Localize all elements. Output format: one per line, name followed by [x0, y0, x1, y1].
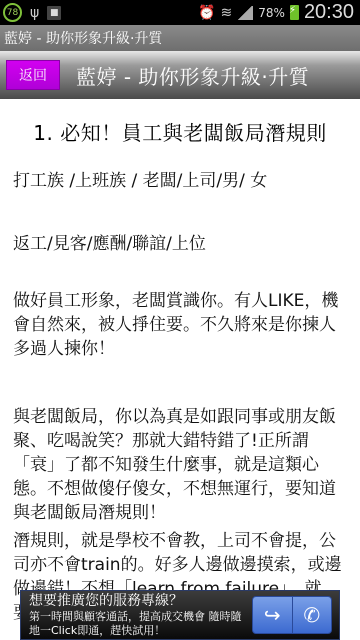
notification-count-badge: 78	[3, 3, 22, 22]
ad-banner[interactable]: 想要推廣您的服務專線？ 第一時間與顧客通話，提高成交機會 隨時隨 地一Click…	[20, 590, 340, 640]
ad-body-line: 第一時間與顧客通話，提高成交機會 隨時隨	[29, 610, 252, 624]
signal-icon	[237, 6, 253, 20]
lock-icon: ■	[47, 6, 61, 20]
article-title: 1. 必知！員工與老闆飯局潛規則	[0, 117, 360, 146]
clock: 20:30	[304, 1, 354, 24]
ad-body-line: 地一Click即通，趕快試用！	[29, 624, 252, 638]
back-button[interactable]: 返回	[6, 60, 60, 90]
window-title: 藍婷 - 助你形象升級·升質	[4, 28, 162, 48]
alarm-icon: ⏰	[198, 6, 215, 20]
wifi-icon: ≋	[221, 6, 233, 20]
status-bar: 78 ψ ■ ⏰ ≋ 78% 20:30	[0, 0, 360, 25]
phone-call-icon[interactable]: ✆	[292, 597, 332, 633]
page-title: 藍婷 - 助你形象升級·升質	[76, 61, 309, 90]
article-paragraph: 返工/見客/應酬/聯誼/上位	[13, 232, 349, 256]
article-paragraph: 與老闆飯局，你以為真是如跟同事或朋友飯聚、吃喝說笑？那就大錯特錯了!正所謂「衰」…	[13, 405, 349, 525]
article-paragraph: 打工族 /上班族 / 老闆/上司/男/ 女	[13, 169, 349, 193]
window-title-bar: 藍婷 - 助你形象升級·升質	[0, 25, 360, 51]
usb-icon: ψ	[30, 6, 39, 20]
share-arrow-icon[interactable]: ↪	[253, 597, 292, 633]
article-content[interactable]: 1. 必知！員工與老闆飯局潛規則 打工族 /上班族 / 老闆/上司/男/ 女 返…	[0, 99, 360, 640]
article-paragraph: 做好員工形象，老闆賞識你。有人LIKE，機會自然來，被人掙住要。不久將來是你揀人…	[13, 289, 349, 361]
page-header: 返回 藍婷 - 助你形象升級·升質	[0, 51, 360, 99]
ad-headline: 想要推廣您的服務專線？	[29, 593, 252, 610]
battery-percent: 78%	[258, 6, 285, 20]
ad-action-buttons: ↪ ✆	[252, 596, 332, 634]
battery-icon	[290, 5, 299, 20]
